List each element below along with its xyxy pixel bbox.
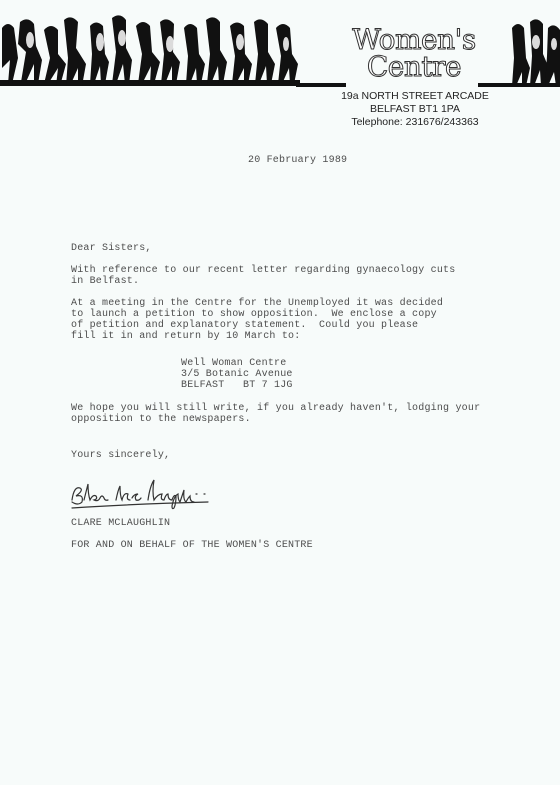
- letter-date: 20 February 1989: [248, 155, 347, 166]
- paragraph-line: in Belfast.: [71, 276, 139, 287]
- paragraph-line: of petition and explanatory statement. C…: [71, 320, 418, 331]
- return-address-line: Well Woman Centre: [181, 358, 286, 369]
- logo-line-2: Centre: [346, 53, 482, 80]
- salutation: Dear Sisters,: [71, 243, 152, 254]
- logo-line-1: Women's: [346, 26, 482, 53]
- paragraph-line: opposition to the newspapers.: [71, 414, 251, 425]
- letterhead-rule-left: [296, 83, 346, 87]
- dancing-women-banner-image: [0, 10, 300, 92]
- paragraph-line: We hope you will still write, if you alr…: [71, 403, 480, 414]
- letterhead: Women's Centre 19a NORTH STREET ARCADE B…: [0, 0, 560, 130]
- signatory-role: FOR AND ON BEHALF OF THE WOMEN'S CENTRE: [71, 540, 313, 551]
- signatory-name: CLARE MCLAUGHLIN: [71, 518, 170, 529]
- address-line-1: 19a NORTH STREET ARCADE: [340, 90, 490, 103]
- organization-logo: Women's Centre: [346, 26, 482, 80]
- paragraph-line: fill it in and return by 10 March to:: [71, 331, 300, 342]
- paragraph-line: At a meeting in the Centre for the Unemp…: [71, 298, 443, 309]
- return-address-line: BELFAST BT 7 1JG: [181, 380, 293, 391]
- organization-address: 19a NORTH STREET ARCADE BELFAST BT1 1PA …: [340, 90, 490, 129]
- dancing-women-banner-image-right: [508, 18, 560, 88]
- paragraph-line: With reference to our recent letter rega…: [71, 265, 455, 276]
- telephone: Telephone: 231676/243363: [340, 116, 490, 129]
- closing: Yours sincerely,: [71, 450, 170, 461]
- paragraph-line: to launch a petition to show opposition.…: [71, 309, 437, 320]
- address-line-2: BELFAST BT1 1PA: [340, 103, 490, 116]
- handwritten-signature: [68, 478, 213, 514]
- return-address-line: 3/5 Botanic Avenue: [181, 369, 293, 380]
